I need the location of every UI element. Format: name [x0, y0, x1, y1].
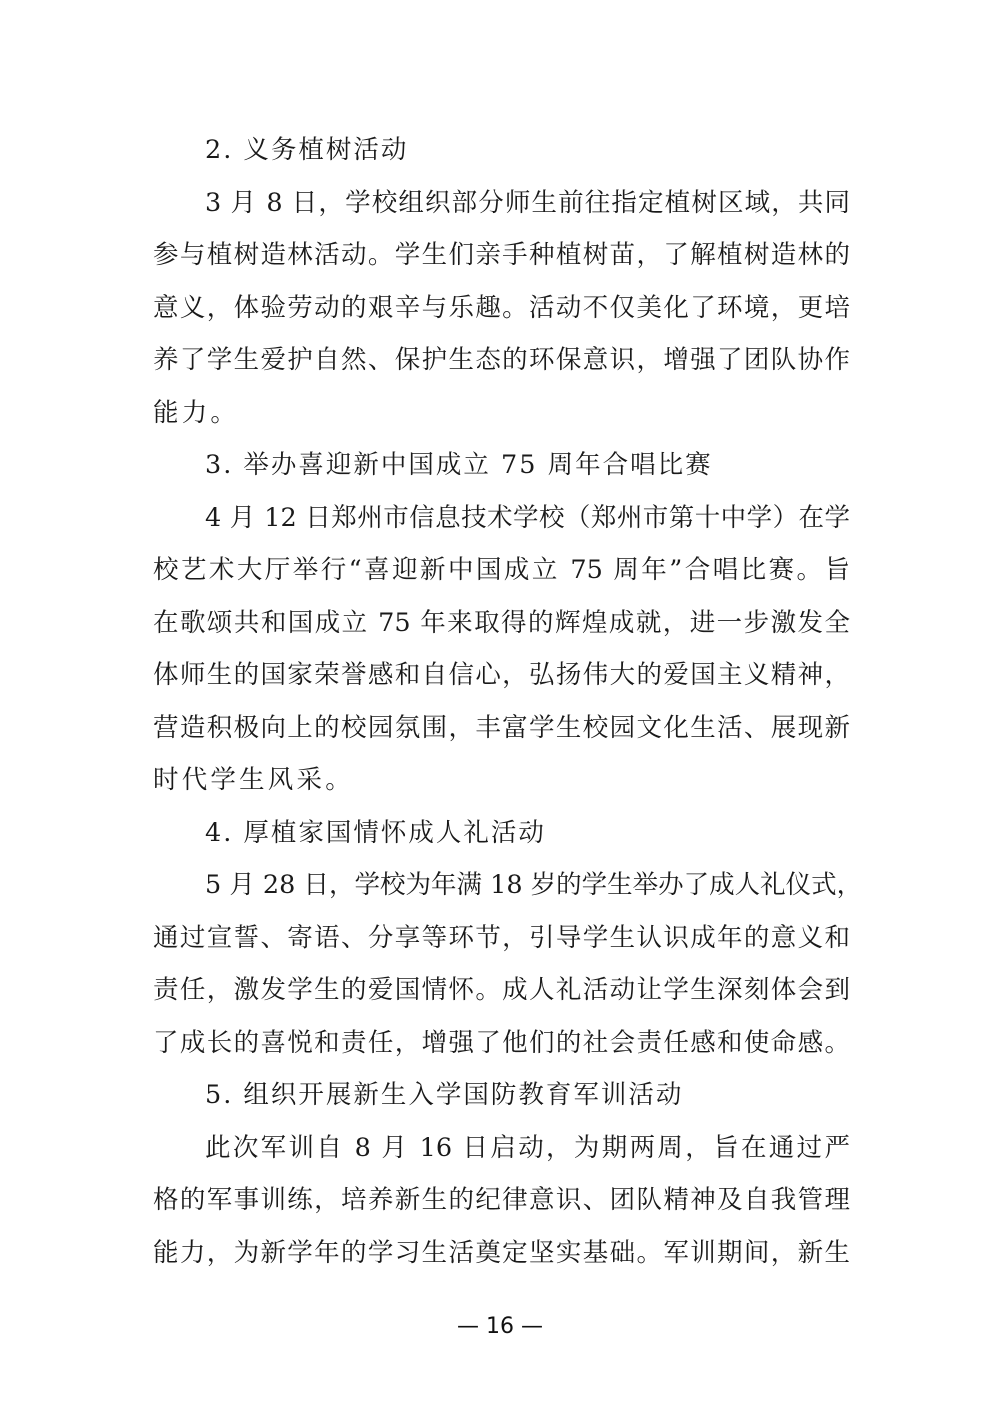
- paragraph-line: 此次军训自 8 月 16 日启动，为期两周，旨在通过严: [153, 1122, 850, 1175]
- paragraph-line: 意义，体验劳动的艰辛与乐趣。活动不仅美化了环境，更培: [153, 282, 850, 335]
- paragraph-line: 校艺术大厅举行“喜迎新中国成立 75 周年”合唱比赛。旨: [153, 544, 850, 597]
- paragraph-line: 了成长的喜悦和责任，增强了他们的社会责任感和使命感。: [153, 1017, 850, 1070]
- page-number: — 16 —: [0, 1314, 1000, 1339]
- paragraph-line: 养了学生爱护自然、保护生态的环保意识，增强了团队协作: [153, 334, 850, 387]
- document-page: 2. 义务植树活动 3 月 8 日，学校组织部分师生前往指定植树区域，共同 参与…: [153, 124, 850, 1279]
- paragraph-line: 时代学生风采。: [153, 754, 850, 807]
- paragraph-line: 责任，激发学生的爱国情怀。成人礼活动让学生深刻体会到: [153, 964, 850, 1017]
- paragraph-line: 格的军事训练，培养新生的纪律意识、团队精神及自我管理: [153, 1174, 850, 1227]
- paragraph-line: 3 月 8 日，学校组织部分师生前往指定植树区域，共同: [153, 177, 850, 230]
- paragraph-line: 4 月 12 日郑州市信息技术学校（郑州市第十中学）在学: [153, 492, 850, 545]
- paragraph-line: 体师生的国家荣誉感和自信心，弘扬伟大的爱国主义精神，: [153, 649, 850, 702]
- paragraph-line: 营造积极向上的校园氛围，丰富学生校园文化生活、展现新: [153, 702, 850, 755]
- paragraph-line: 通过宣誓、寄语、分享等环节，引导学生认识成年的意义和: [153, 912, 850, 965]
- section-heading-tree-planting: 2. 义务植树活动: [153, 124, 850, 177]
- paragraph-line: 5 月 28 日，学校为年满 18 岁的学生举办了成人礼仪式，: [153, 859, 850, 912]
- section-heading-coming-of-age: 4. 厚植家国情怀成人礼活动: [153, 807, 850, 860]
- paragraph-line: 能力。: [153, 387, 850, 440]
- paragraph-line: 在歌颂共和国成立 75 年来取得的辉煌成就，进一步激发全: [153, 597, 850, 650]
- paragraph-line: 能力，为新学年的学习生活奠定坚实基础。军训期间，新生: [153, 1227, 850, 1280]
- paragraph-line: 参与植树造林活动。学生们亲手种植树苗，了解植树造林的: [153, 229, 850, 282]
- section-heading-choir-contest: 3. 举办喜迎新中国成立 75 周年合唱比赛: [153, 439, 850, 492]
- section-heading-military-training: 5. 组织开展新生入学国防教育军训活动: [153, 1069, 850, 1122]
